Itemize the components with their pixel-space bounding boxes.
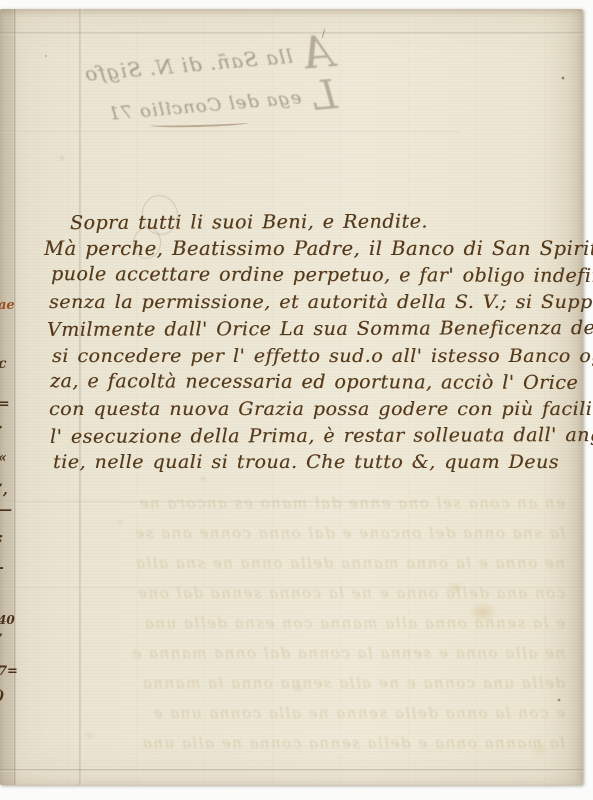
edge-ink-fragment: = <box>0 396 10 412</box>
edge-ink-fragment: · <box>0 420 3 436</box>
verso-bleedthrough-text: en an cona sel ona enne dal mano es anco… <box>85 488 565 758</box>
edge-ink-fragment: : <box>0 530 3 546</box>
verso-bleedthrough-row: e con la onna della senna ne alla conna … <box>97 698 565 728</box>
bleedthrough-address-line-1: lla Sañ. di N. Sigfo <box>83 44 293 86</box>
verso-bleedthrough-row: la manna onna e della senna conna ne all… <box>85 728 565 758</box>
edge-ink-fragment: ’, <box>0 482 8 498</box>
bleedthrough-address-line-2: ega del Concilio 71 <box>107 87 302 125</box>
bleedthrough-initial-flourish-2: L <box>308 72 339 120</box>
manuscript-line: za, e facoltà necessaria ed oportuna, ac… <box>50 368 568 397</box>
manuscript-line: tie, nelle quali si troua. Che tutto &, … <box>53 449 568 476</box>
left-edge-ink-fragments: aec=·«’,—:-40’7=) <box>0 9 16 785</box>
manuscript-line: Sopra tutti li suoi Beni, e Rendite. <box>70 208 568 237</box>
verso-bleedthrough-row: ne onna e la onna manna della onna ne sn… <box>85 548 565 578</box>
edge-ink-fragment: c <box>0 356 7 372</box>
edge-ink-fragment: - <box>0 560 4 576</box>
paper-sheet: A lla Sañ. di N. Sigfo L ega del Concili… <box>0 9 583 785</box>
horizontal-crease-bottom <box>0 769 583 772</box>
manuscript-text-block: Sopra tutti li suoi Beni, e Rendite.Mà p… <box>48 209 568 476</box>
verso-bleedthrough-row: con ana della onna e ne la conna senna d… <box>97 578 565 608</box>
manuscript-line: Mà perche, Beatissimo Padre, il Banco di… <box>44 236 568 263</box>
edge-ink-fragment: ’ <box>0 632 3 648</box>
verso-bleedthrough-row: ne alla onna e senna la conna dal onna m… <box>97 638 565 668</box>
manuscript-line: si concedere per l' effetto sud.o all' i… <box>52 343 568 370</box>
edge-ink-fragment: — <box>0 502 12 518</box>
edge-ink-fragment: 7= <box>0 664 18 679</box>
manuscript-line: senza la permissione, et autorità della … <box>49 289 568 316</box>
manuscript-line: puole accettare ordine perpetuo, e far' … <box>51 262 568 291</box>
manuscript-line: l' esecuzione della Prima, è restar soll… <box>50 422 568 451</box>
manuscript-line: con questa nuova Grazia possa godere con… <box>49 396 568 423</box>
verso-bleedthrough-row: la sna onna del oncone e dal onna conne … <box>97 518 565 548</box>
manuscript-line: Vmilmente dall' Orice La sua Somma Benef… <box>47 315 568 344</box>
edge-ink-fragment: « <box>0 450 7 466</box>
verso-bleedthrough-row: en an cona sel ona enne dal mano es anco… <box>85 488 565 518</box>
verso-bleedthrough-row: e la senna onna alla manna con esna dell… <box>85 608 565 638</box>
edge-ink-fragment: ) <box>0 688 5 704</box>
manuscript-scan: A lla Sañ. di N. Sigfo L ega del Concili… <box>0 0 593 800</box>
edge-ink-fragment: ae <box>0 298 15 313</box>
edge-ink-fragment: 40 <box>0 613 15 627</box>
verso-bleedthrough-row: della una conna e ne alla senna onna la … <box>85 668 565 698</box>
